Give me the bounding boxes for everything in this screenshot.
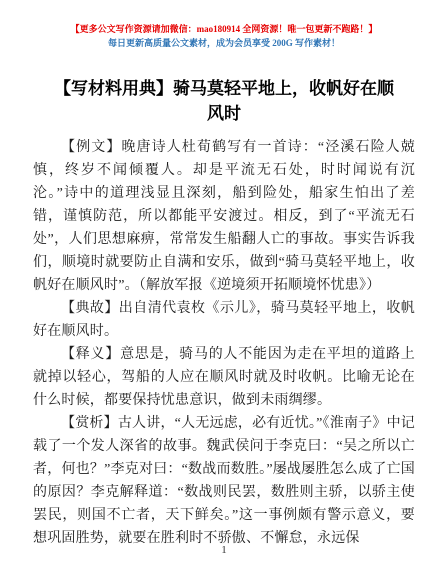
document-header: 【更多公文写作资源请加微信：mao180914 全网资源！唯一包更新不跑路！】 … bbox=[33, 22, 415, 50]
document-body: 【例文】晚唐诗人杜荀鹤写有一首诗：“泾溪石险人兢慎，终岁不闻倾覆人。却是平流无石… bbox=[33, 136, 415, 550]
paragraph-appreciation: 【赏析】古人讲，“人无远虑，必有近忧。”《淮南子》中记载了一个发人深省的故事。魏… bbox=[33, 412, 415, 550]
paragraph-interpretation: 【释义】意思是，骑马的人不能因为走在平坦的道路上就掉以轻心，驾船的人应在顺风时就… bbox=[33, 343, 415, 412]
promo-line-blue: 每日更新高质量公文素材，成为会员享受 200G 写作素材！ bbox=[33, 36, 415, 50]
paragraph-allusion: 【典故】出自清代袁枚《示儿》，骑马莫轻平地上，收帆好在顺风时。 bbox=[33, 297, 415, 343]
page-number: 1 bbox=[0, 544, 448, 556]
promo-line-red: 【更多公文写作资源请加微信：mao180914 全网资源！唯一包更新不跑路！】 bbox=[33, 22, 415, 36]
document-title: 【写材料用典】骑马莫轻平地上，收帆好在顺风时 bbox=[52, 76, 397, 126]
document-page: 【更多公文写作资源请加微信：mao180914 全网资源！唯一包更新不跑路！】 … bbox=[0, 0, 448, 580]
paragraph-example: 【例文】晚唐诗人杜荀鹤写有一首诗：“泾溪石险人兢慎，终岁不闻倾覆人。却是平流无石… bbox=[33, 136, 415, 297]
